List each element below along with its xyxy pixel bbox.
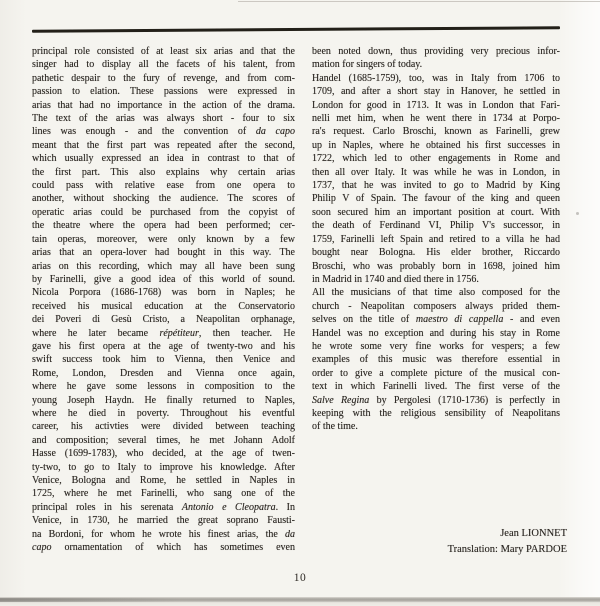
text-line: text in which Farinelli lived. The first… [312, 380, 560, 393]
text-line: Philip V of Spain. The favour of the kin… [312, 192, 560, 205]
page-number: 10 [0, 572, 600, 584]
text-line: The text of the arias was always short -… [32, 112, 295, 125]
text-line: 1722, which led to other engagements in … [312, 152, 560, 165]
author-name: Jean LIONNET [448, 526, 567, 542]
text-column-right: been noted down, thus providing very pre… [312, 45, 560, 434]
text-line: Rome, London, Dresden and Vienna once ag… [32, 367, 295, 380]
text-line: nelli met him, when he went there in 173… [312, 112, 560, 125]
text-line: operatic arias could be purchased from t… [32, 206, 295, 219]
text-line: which usually expressed an idea in contr… [32, 152, 295, 165]
translator-credit: Translation: Mary PARDOE [448, 542, 567, 558]
text-line: London for good in 1713. It was in Londo… [312, 99, 560, 112]
text-line: principal roles in his serenata Antonio … [32, 501, 295, 514]
text-line: young Joseph Haydn. He finally returned … [32, 394, 295, 407]
text-line: arias on this recording, which may all h… [32, 260, 295, 273]
text-line: Handel was no exception and during his s… [312, 327, 560, 340]
text-line: passion to elation. These passions were … [32, 85, 295, 98]
scan-artifact-top-edge [238, 1, 600, 2]
text-line: ra's request. Carlo Broschi, known as Fa… [312, 125, 560, 138]
text-line: meant that the first part was repeated a… [32, 139, 295, 152]
text-line: up in Naples, where he obtained his firs… [312, 139, 560, 152]
text-line: Salve Regina by Pergolesi (1710-1736) is… [312, 394, 560, 407]
text-column-left: principal role consisted of at least six… [32, 45, 295, 554]
text-line: Handel (1685-1759), too, was in Italy fr… [312, 72, 560, 85]
text-line: selves on the title of maestro di cappel… [312, 313, 560, 326]
text-line: by Farinelli, give a good idea of this w… [32, 273, 295, 286]
text-line: the theatre where the opera had been per… [32, 219, 295, 232]
text-line: mation for singers of today. [312, 58, 560, 71]
text-line: Nicola Porpora (1686-1768) was born in N… [32, 286, 295, 299]
text-line: Broschi, who was probably born in 1698, … [312, 260, 560, 273]
text-line: lines was enough - and the convention of… [32, 125, 295, 138]
text-line: arias that an opera-lover had bought in … [32, 246, 295, 259]
text-line: singer had to display all the facets of … [32, 58, 295, 71]
text-line: and composition; several times, he met J… [32, 434, 295, 447]
text-line: he wrote some very fine works for vesper… [312, 340, 560, 353]
text-line: Venice, Bologna and Rome, he settled in … [32, 474, 295, 487]
text-line: principal role consisted of at least six… [32, 45, 295, 58]
text-line: arias that had no importance in the acti… [32, 99, 295, 112]
text-line: 1737, that he was invited to go to Madri… [312, 179, 560, 192]
text-line: the death of Ferdinand VI, Philip V's su… [312, 219, 560, 232]
text-line: All the musicians of that time also comp… [312, 286, 560, 299]
author-credit: Jean LIONNET Translation: Mary PARDOE [448, 526, 567, 557]
text-line: Hasse (1699-1783), who decided, at the a… [32, 447, 295, 460]
text-line: swift success took him to Vienna, then V… [32, 353, 295, 366]
text-line: examples of this music was therefore ess… [312, 353, 560, 366]
text-line: keeping with the religious sensibility o… [312, 407, 560, 420]
text-line: the first part. This also explains why c… [32, 166, 295, 179]
text-line: could pass with relative ease from one o… [32, 179, 295, 192]
text-line: soon secured him an important position a… [312, 206, 560, 219]
text-line: 1759, Farinelli left Spain and retired t… [312, 233, 560, 246]
text-line: career, his activties were divided betwe… [32, 420, 295, 433]
text-line: been noted down, thus providing very pre… [312, 45, 560, 58]
text-line: where he gave some lessons in compositio… [32, 380, 295, 393]
text-line: received his musical education at the Co… [32, 300, 295, 313]
text-line: gave his first opera at the age of twent… [32, 340, 295, 353]
text-line: then all over Italy. It was while he was… [312, 166, 560, 179]
text-line: another, without shocking the audience. … [32, 192, 295, 205]
text-line: na Bordoni, for whom he wrote his finest… [32, 528, 295, 541]
text-line: order to give a complete picture of the … [312, 367, 560, 380]
text-line: pathetic despair to the fury of revenge,… [32, 72, 295, 85]
text-line: ty-two, to go to Italy to improve his kn… [32, 461, 295, 474]
text-line: Venice, in 1730, he married the great so… [32, 514, 295, 527]
text-line: dei Poveri di Gesù Cristo, a Neapolitan … [32, 313, 295, 326]
text-line: tain operas, moreover, were only known b… [32, 233, 295, 246]
text-line: in Madrid in 1740 and died there in 1756… [312, 273, 560, 286]
text-line: church - Neapolitan composers always pri… [312, 300, 560, 313]
header-rule [32, 26, 560, 32]
scanned-page: principal role consisted of at least six… [0, 0, 600, 606]
text-line: 1725, where he met Farinelli, who sang o… [32, 487, 295, 500]
text-line: capo ornamentation of which has sometime… [32, 541, 295, 554]
text-line: bought near Bologna. His elder brother, … [312, 246, 560, 259]
scan-edge-shadow-bottom [0, 597, 600, 606]
text-line: of the time. [312, 420, 560, 433]
text-line: 1709, and after a short stay in Hanover,… [312, 85, 560, 98]
text-line: where he died in poverty. Throughout his… [32, 407, 295, 420]
text-line: where he later became répétiteur, then t… [32, 327, 295, 340]
scan-speck [576, 212, 579, 215]
